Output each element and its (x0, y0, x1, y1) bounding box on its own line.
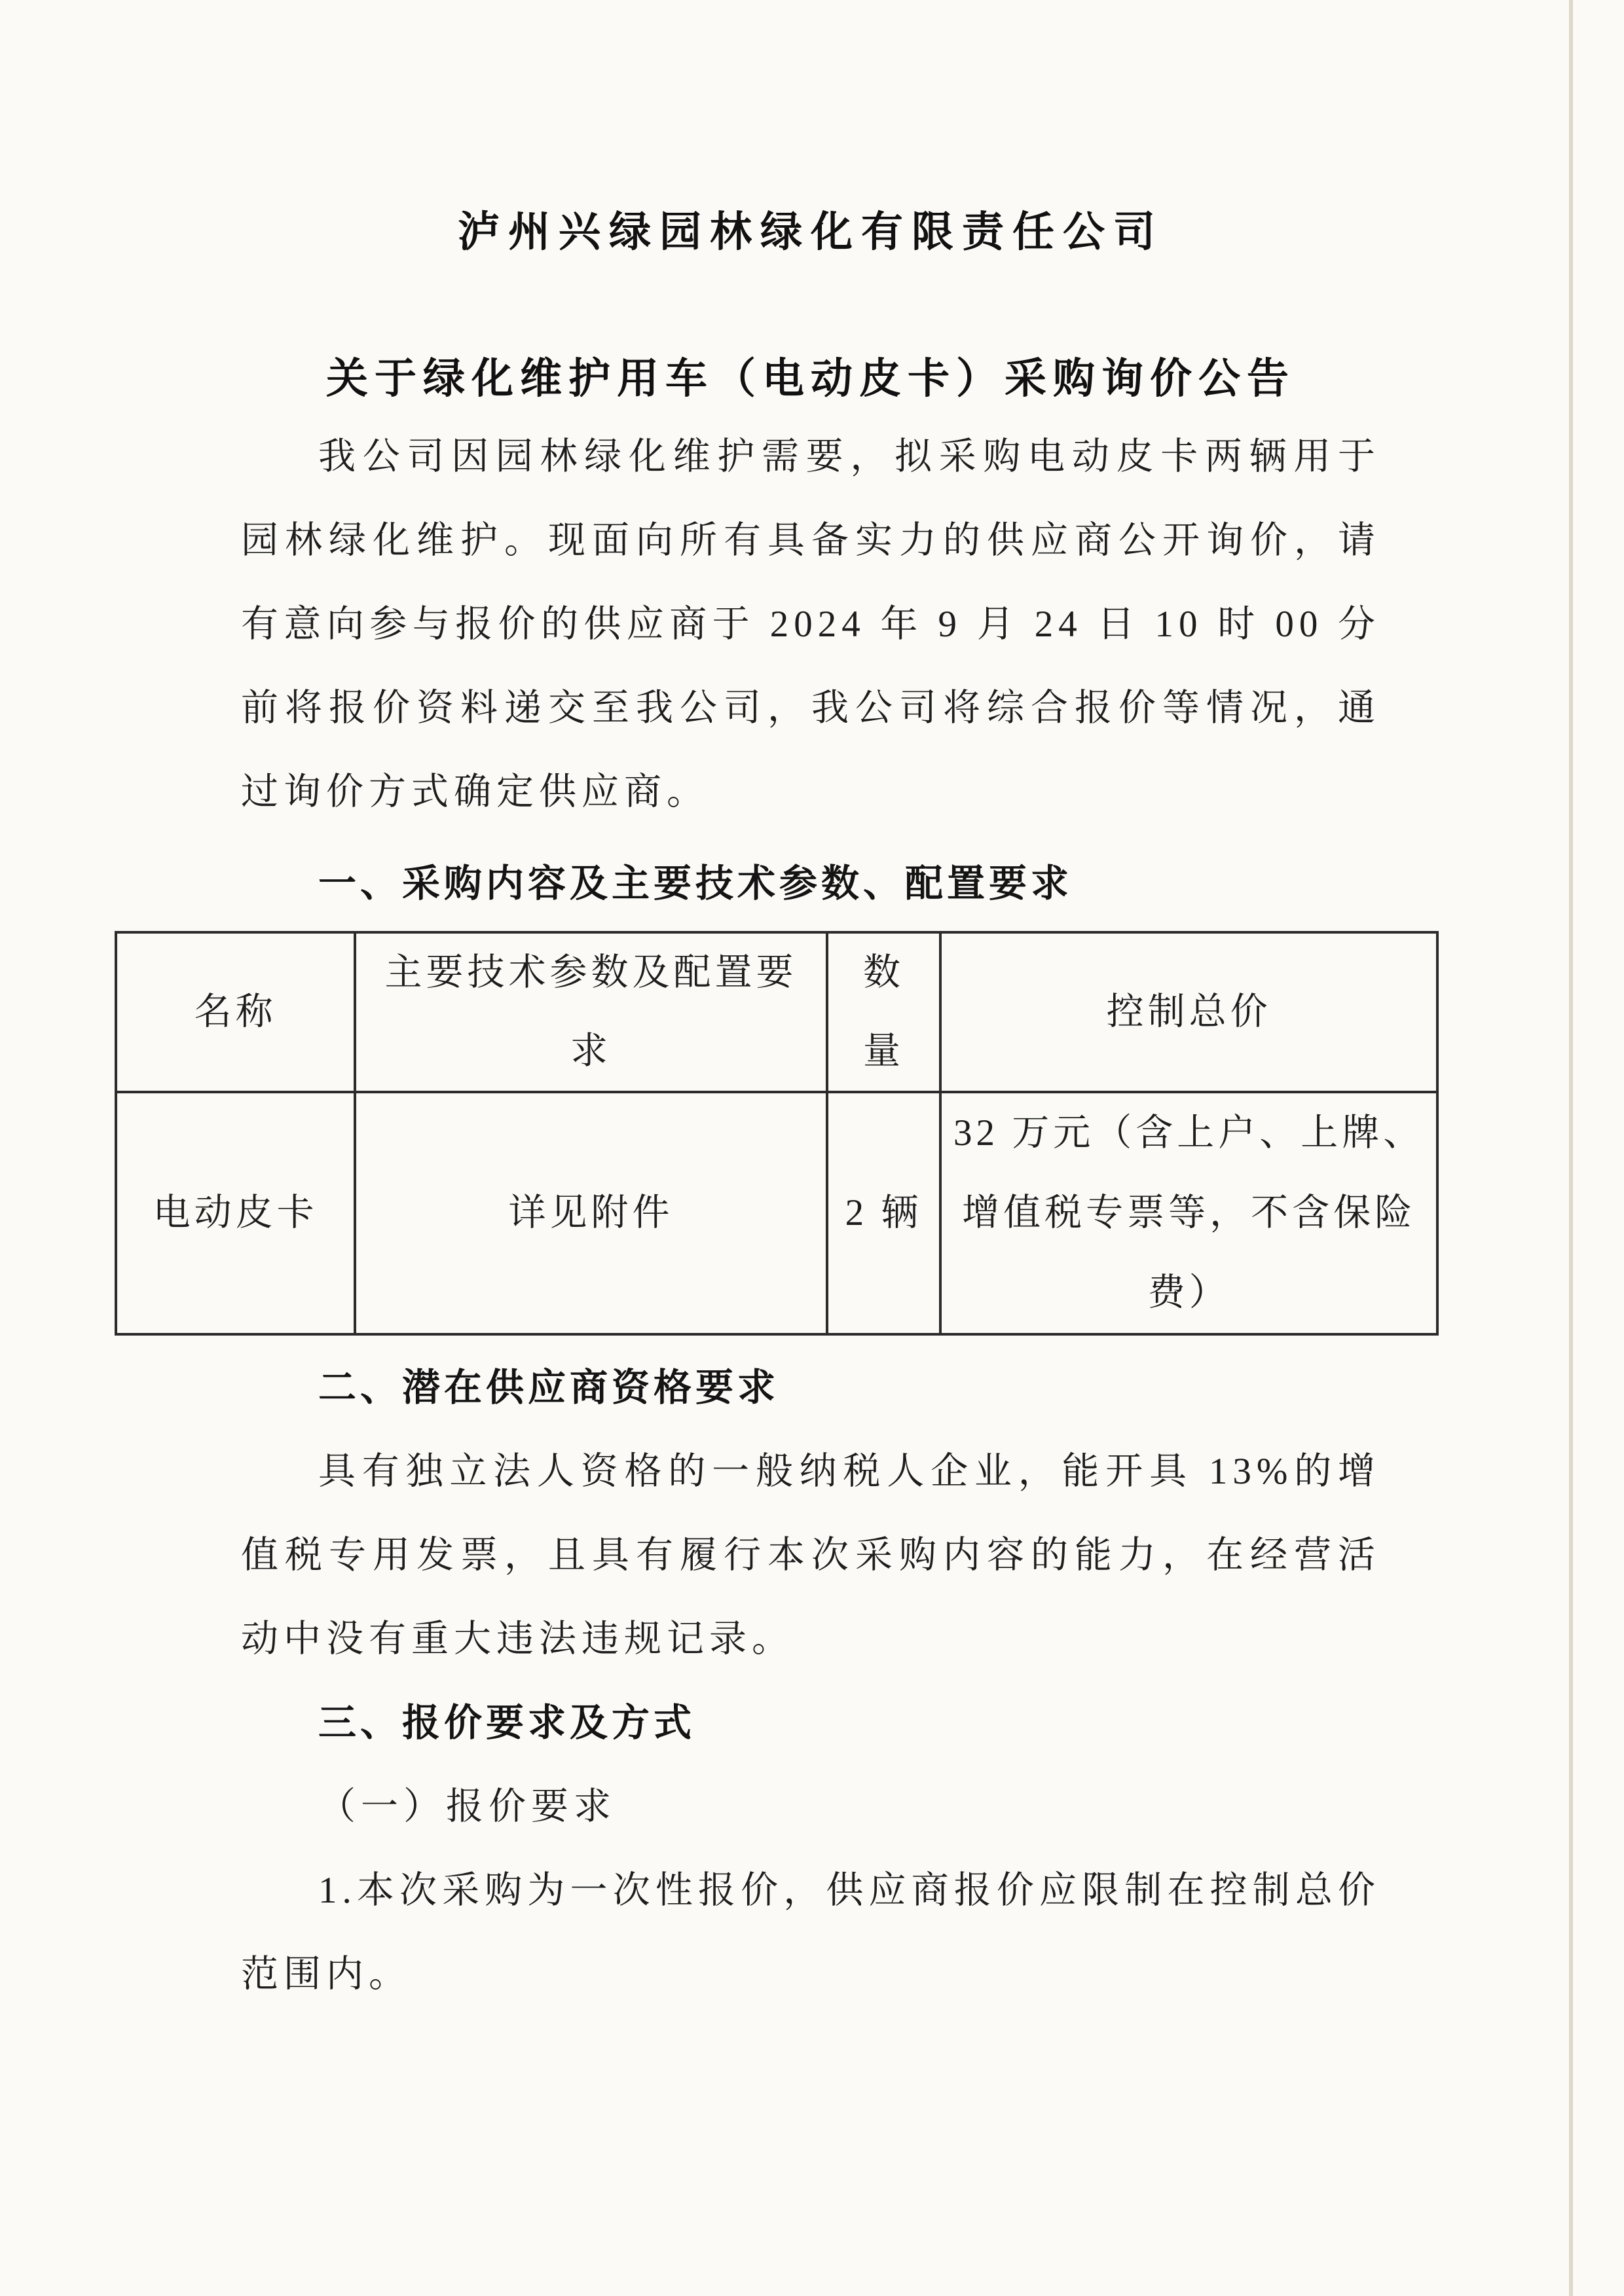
announcement-title: 关于绿化维护用车（电动皮卡）采购询价公告 (241, 342, 1380, 415)
cell-item-name: 电动皮卡 (116, 1092, 355, 1334)
column-header-quantity: 数量 (827, 932, 941, 1092)
column-header-specs: 主要技术参数及配置要求 (355, 932, 826, 1092)
table-row: 电动皮卡 详见附件 2 辆 32 万元（含上户、上牌、增值税专票等，不含保险费） (116, 1092, 1437, 1334)
cell-quantity: 2 辆 (827, 1092, 941, 1334)
column-header-name: 名称 (116, 932, 355, 1092)
scanned-document-page: 泸州兴绿园林绿化有限责任公司 关于绿化维护用车（电动皮卡）采购询价公告 我公司因… (0, 0, 1624, 2296)
procurement-table: 名称 主要技术参数及配置要求 数量 控制总价 电动皮卡 详见附件 2 辆 32 … (115, 931, 1439, 1336)
table-header-row: 名称 主要技术参数及配置要求 数量 控制总价 (116, 932, 1437, 1092)
section-three-heading: 三、报价要求及方式 (241, 1681, 1380, 1765)
sub-section-one-heading: （一）报价要求 (241, 1765, 1380, 1849)
section-one-heading: 一、采购内容及主要技术参数、配置要求 (241, 842, 1380, 926)
quote-requirement-item: 1.本次采购为一次性报价，供应商报价应限制在控制总价范围内。 (241, 1849, 1380, 2016)
column-header-price-cap: 控制总价 (940, 932, 1437, 1092)
column-header-quantity-label: 数量 (862, 934, 904, 1091)
document-body: 泸州兴绿园林绿化有限责任公司 关于绿化维护用车（电动皮卡）采购询价公告 我公司因… (0, 195, 1624, 2016)
qualification-paragraph: 具有独立法人资格的一般纳税人企业，能开具 13%的增值税专用发票，且具有履行本次… (241, 1430, 1380, 1681)
intro-paragraph: 我公司因园林绿化维护需要，拟采购电动皮卡两辆用于园林绿化维护。现面向所有具备实力… (241, 415, 1380, 834)
company-title: 泸州兴绿园林绿化有限责任公司 (241, 195, 1380, 268)
cell-specs: 详见附件 (355, 1092, 826, 1334)
section-two-heading: 二、潜在供应商资格要求 (241, 1346, 1380, 1430)
cell-price-cap: 32 万元（含上户、上牌、增值税专票等，不含保险费） (940, 1092, 1437, 1334)
